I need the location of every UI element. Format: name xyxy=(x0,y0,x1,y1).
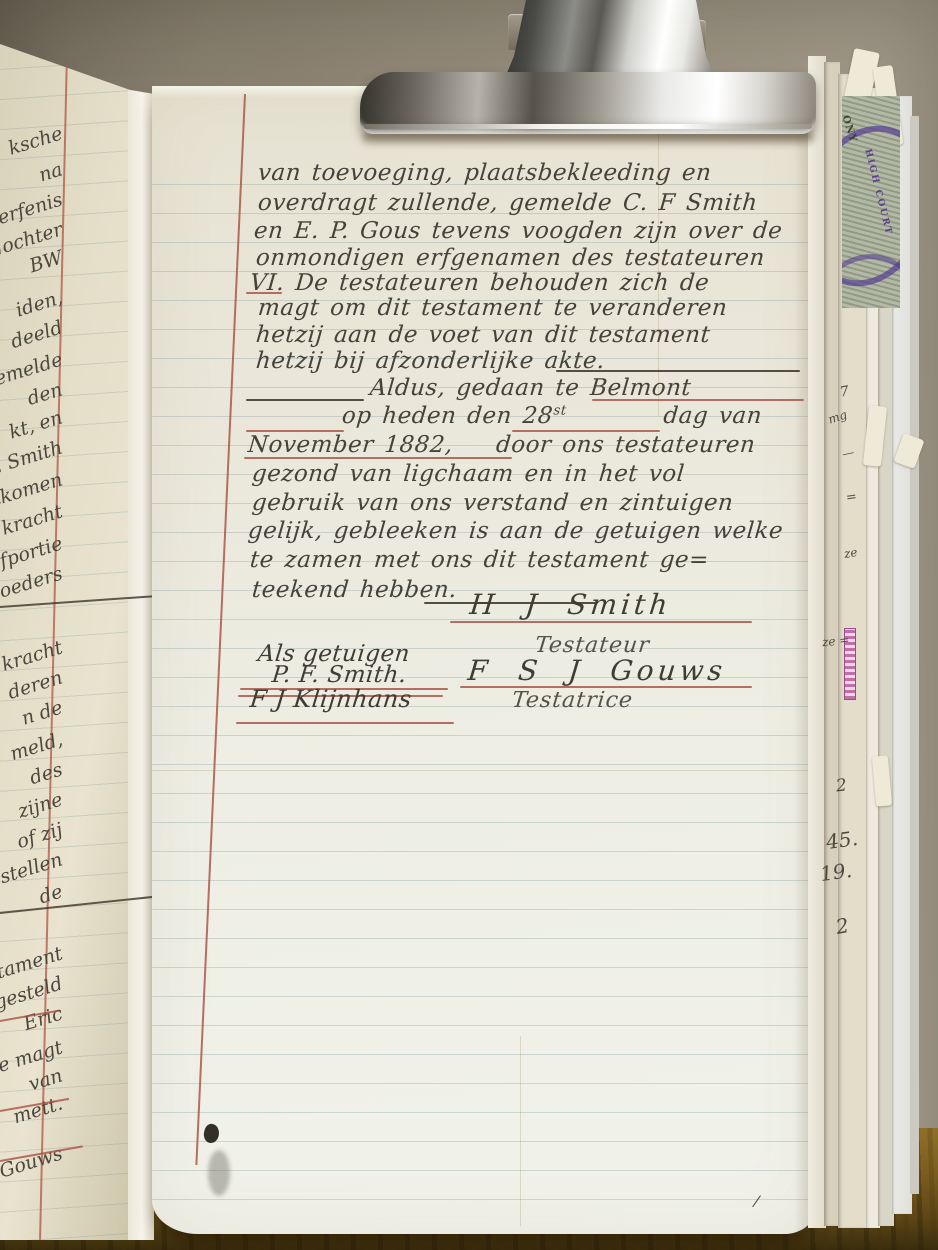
ink-smudge xyxy=(208,1150,230,1196)
left-page-edge xyxy=(128,80,154,1240)
stack-sheet xyxy=(910,116,919,1194)
clip-shadow xyxy=(362,132,814,147)
revenue-stamp: ONY HIGH COURT xyxy=(842,96,900,308)
page-crease-vertical xyxy=(520,1036,521,1226)
page-crease-horizontal xyxy=(152,770,814,771)
clip-jaw xyxy=(360,72,816,134)
document-page xyxy=(152,86,814,1234)
paper-stack: ONY HIGH COURT xyxy=(808,56,938,1238)
ruled-lines xyxy=(152,156,814,1224)
left-book-page: kschenae erfenisdochterBWiden,deeldgemel… xyxy=(0,0,154,1240)
photo-scene: kschenae erfenisdochterBWiden,deeldgemel… xyxy=(0,0,938,1250)
pink-label-strip xyxy=(844,628,856,700)
